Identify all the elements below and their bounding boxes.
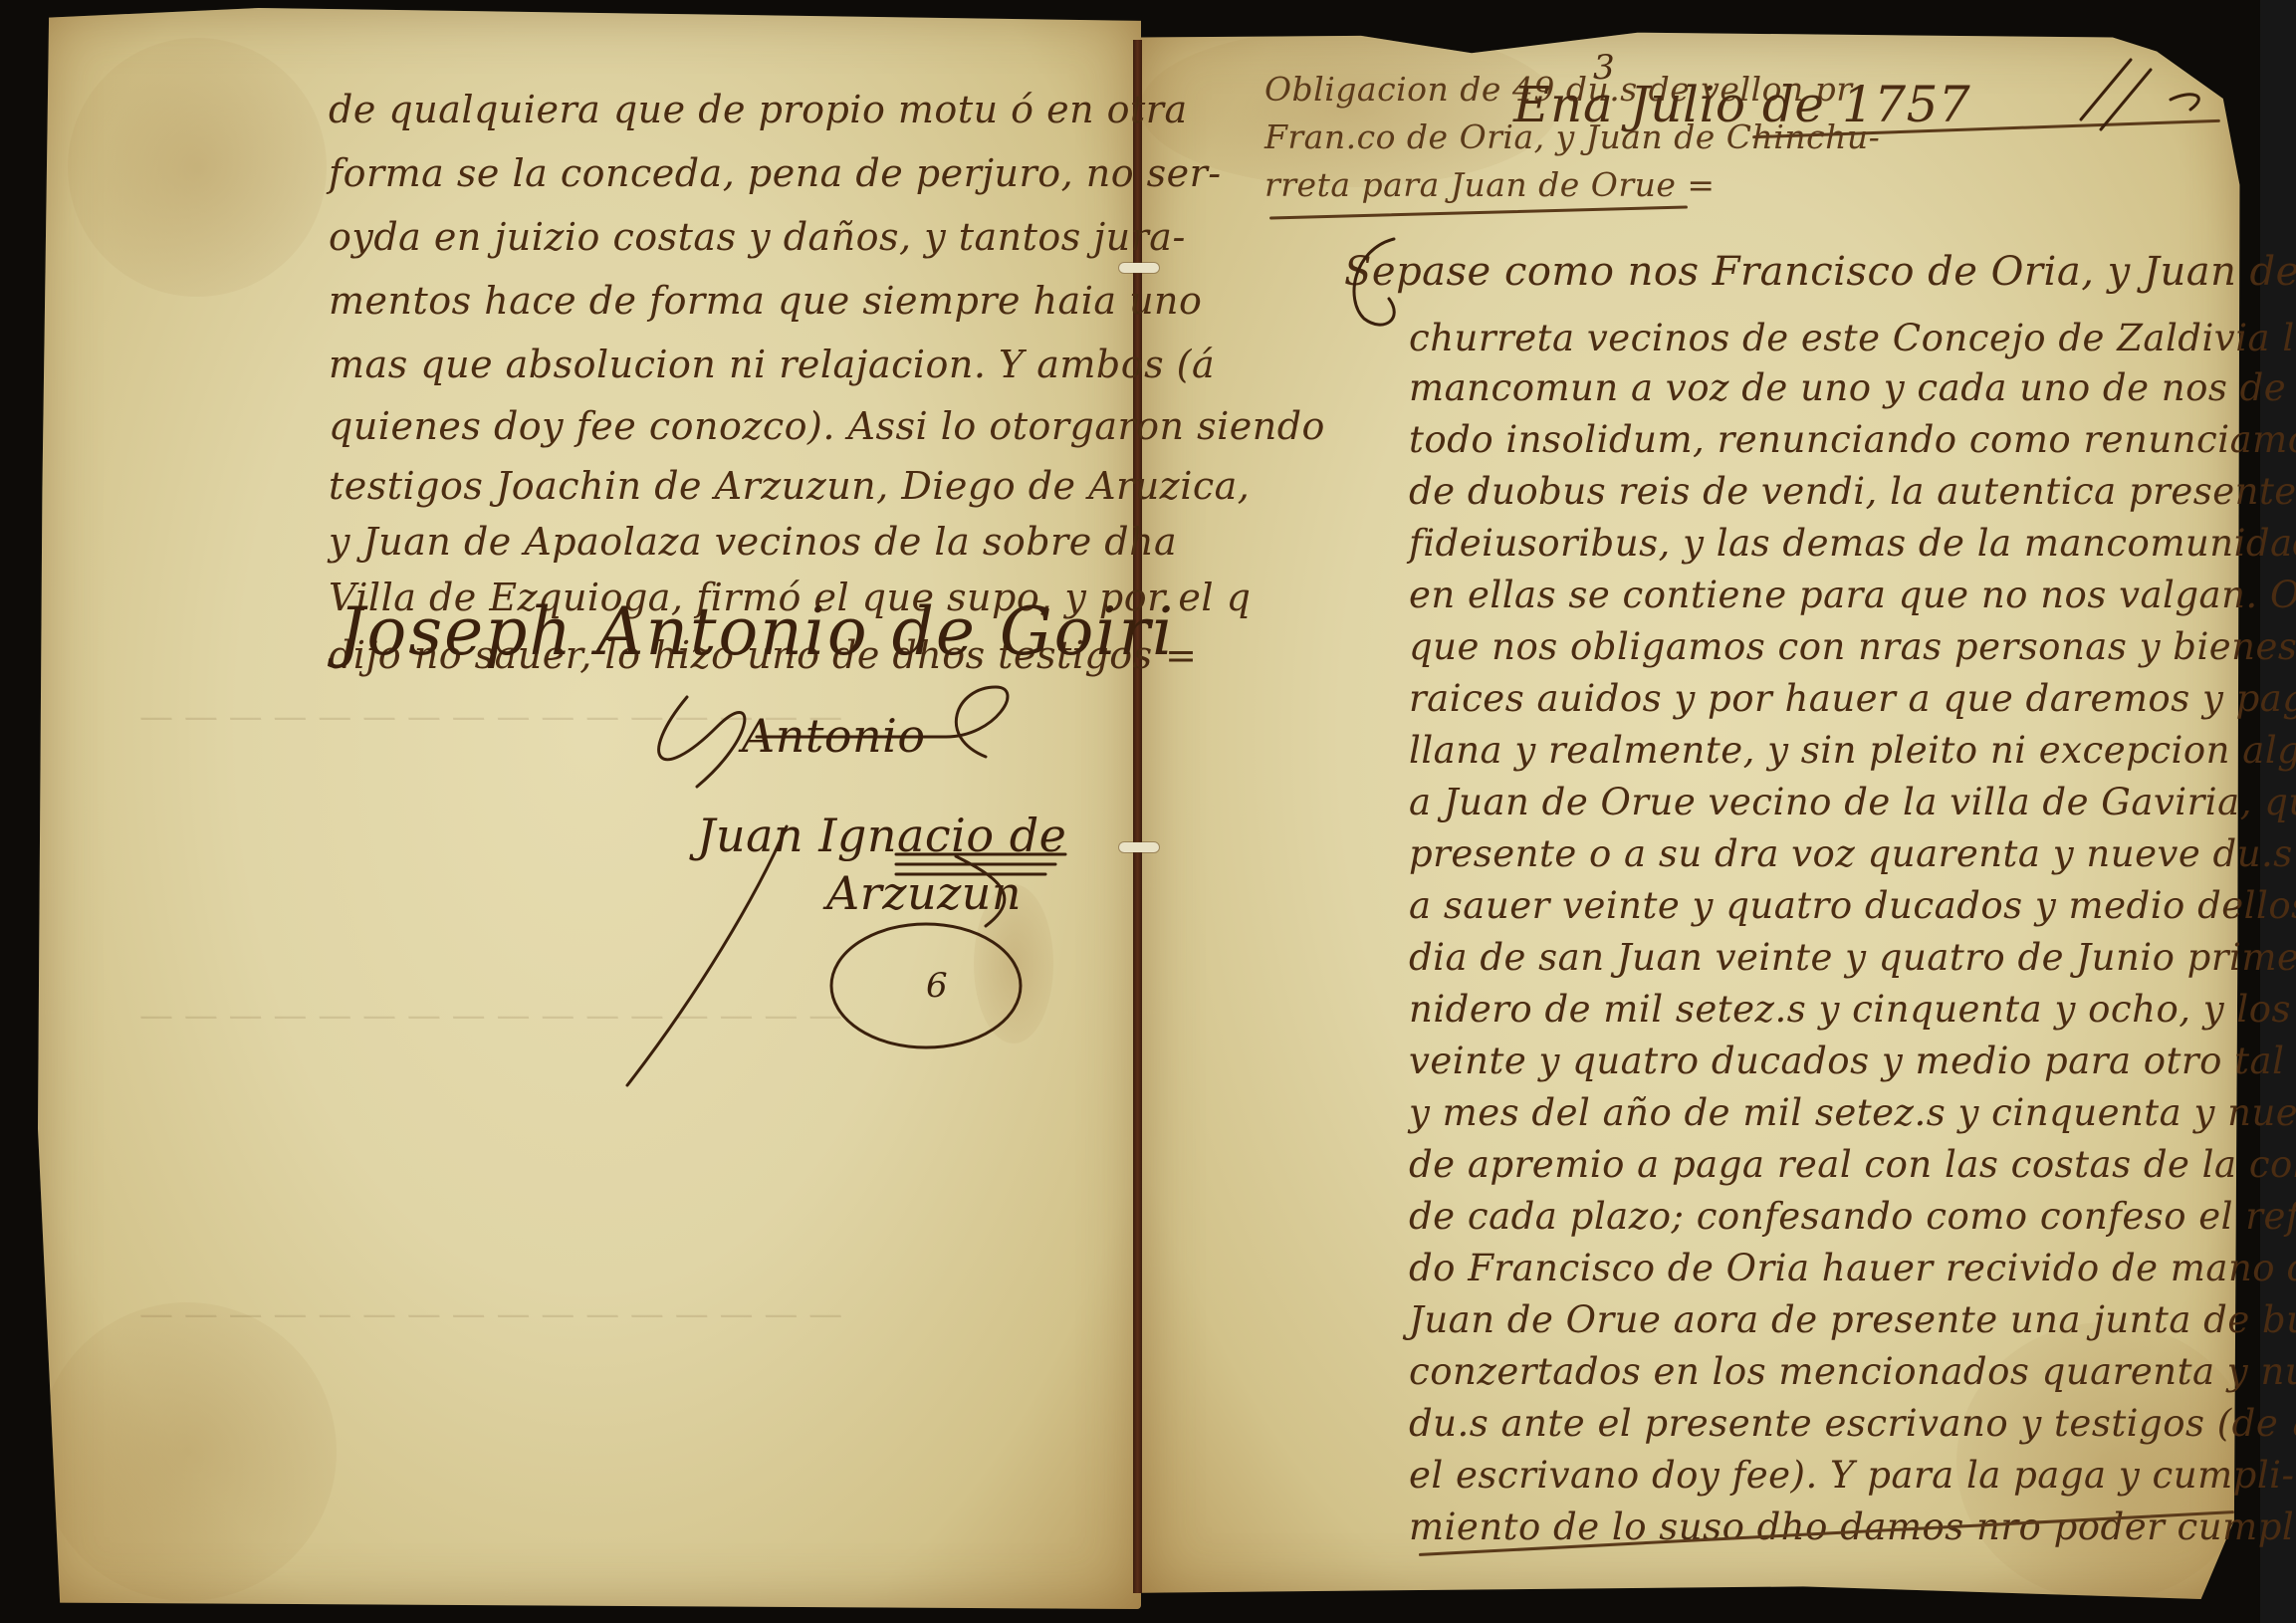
initial-s-flourish <box>0 0 2296 1623</box>
